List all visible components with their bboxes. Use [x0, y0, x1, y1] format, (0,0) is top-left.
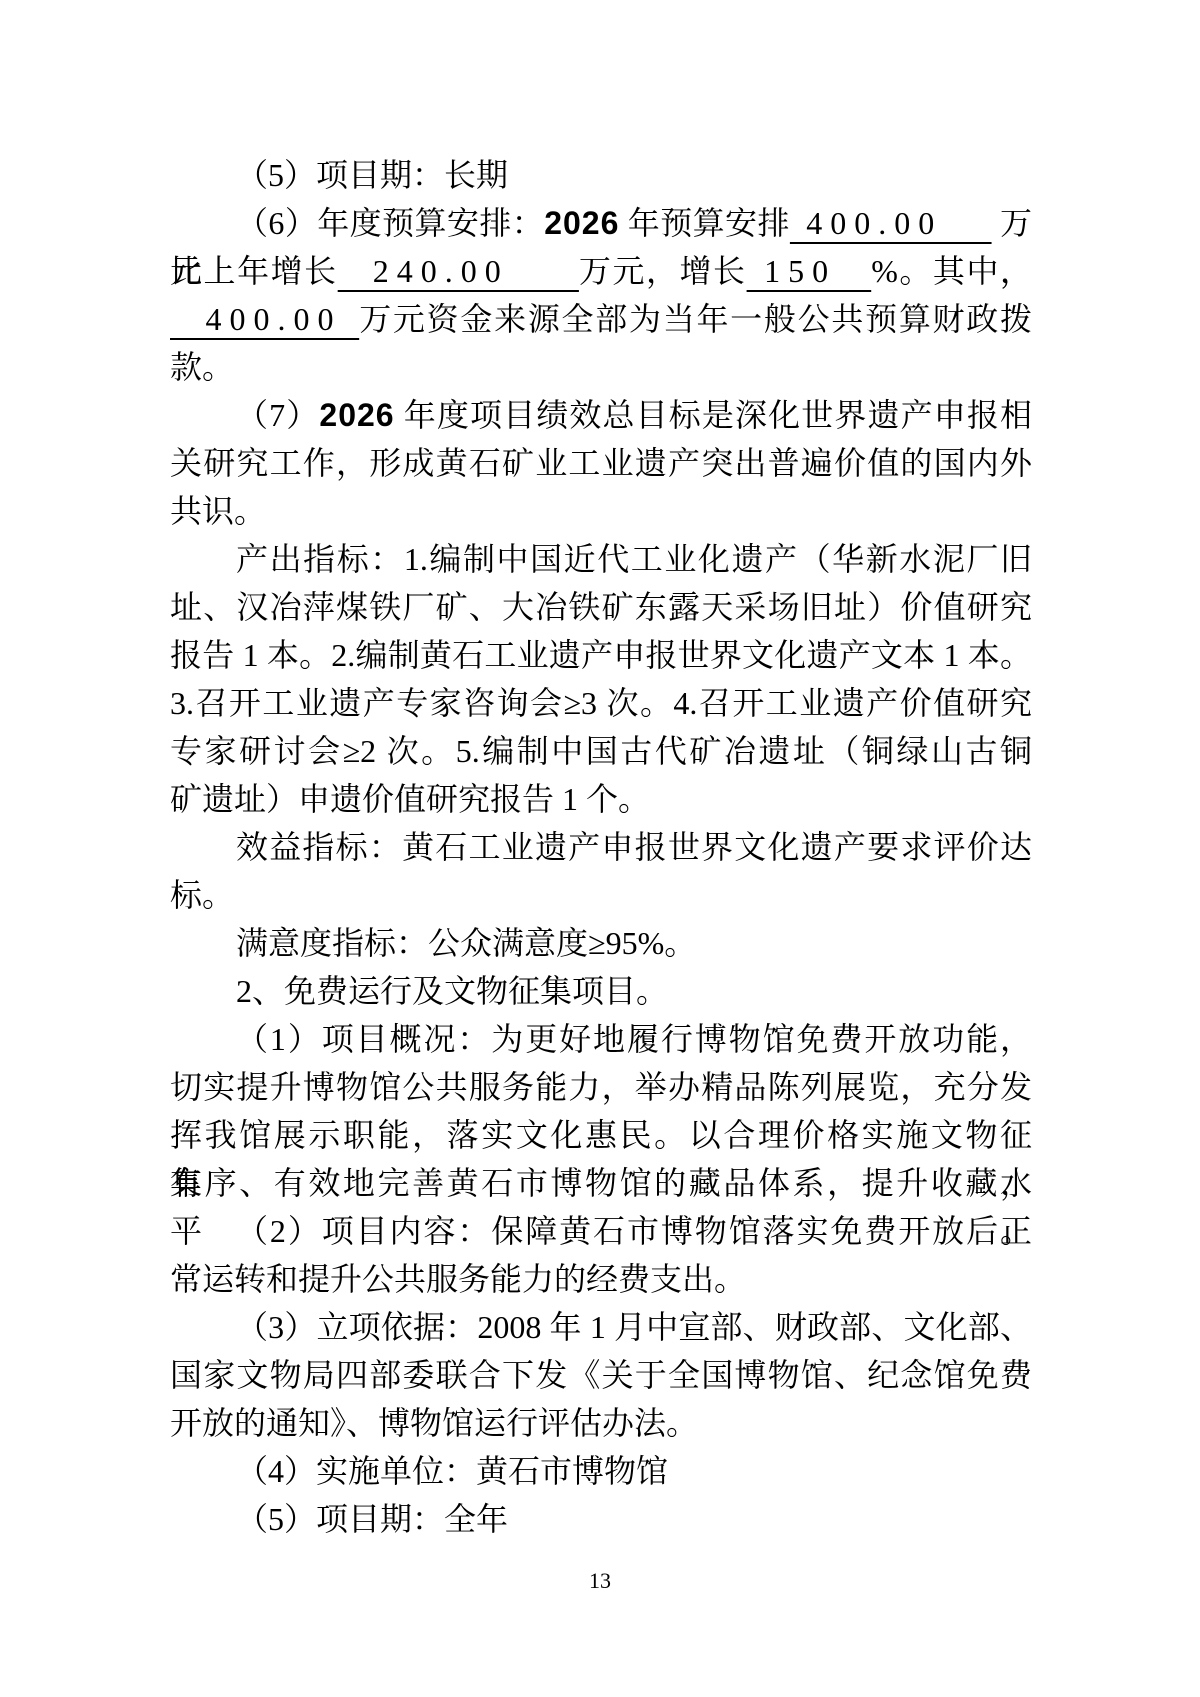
text-segment: 常运转和提升公共服务能力的经费支出。 [170, 1261, 746, 1297]
bold-year: 2026 [544, 205, 619, 241]
text-segment: 满意度指标：公众满意度≥95%。 [236, 925, 696, 961]
text-line: 矿遗址）申遗价值研究报告 1 个。 [170, 775, 1032, 823]
text-segment: 年预算安排 [619, 205, 790, 241]
text-segment: 专家研讨会≥2 次。5.编制中国古代矿冶遗址（铜绿山古铜 [170, 733, 1032, 769]
text-line: 满意度指标：公众满意度≥95%。 [170, 919, 1032, 967]
text-line: 共识。 [170, 487, 1032, 535]
text-line: 款。 [170, 343, 1032, 391]
text-segment: （5）项目期：全年 [236, 1501, 508, 1537]
text-line: 挥我馆展示职能，落实文化惠民。以合理价格实施文物征集， [170, 1111, 1032, 1159]
text-segment: （5）项目期：长期 [236, 157, 508, 193]
bold-year: 2026 [319, 397, 394, 433]
text-segment: （4）实施单位：黄石市博物馆 [236, 1453, 668, 1489]
text-segment: 3.召开工业遗产专家咨询会≥3 次。4.召开工业遗产价值研究 [170, 685, 1032, 721]
text-segment: 2、免费运行及文物征集项目。 [236, 973, 668, 1009]
text-segment: 矿遗址）申遗价值研究报告 1 个。 [170, 781, 650, 817]
text-segment: 万元资金来源全部为当年一般公共预算财政拨 [359, 301, 1032, 337]
text-segment: 开放的通知》、博物馆运行评估办法。 [170, 1405, 698, 1441]
text-line: （3）立项依据：2008 年 1 月中宣部、财政部、文化部、 [170, 1303, 1032, 1351]
text-line: 比上年增长 240.00 万元，增长 150 %。其中， [170, 247, 1032, 295]
text-line: 标。 [170, 871, 1032, 919]
text-line: 开放的通知》、博物馆运行评估办法。 [170, 1399, 1032, 1447]
text-segment: 效益指标：黄石工业遗产申报世界文化遗产要求评价达 [236, 829, 1032, 865]
text-line: 2、免费运行及文物征集项目。 [170, 967, 1032, 1015]
text-line: （1）项目概况：为更好地履行博物馆免费开放功能， [170, 1015, 1032, 1063]
text-segment: 关研究工作，形成黄石矿业工业遗产突出普遍价值的国内外 [170, 445, 1032, 481]
text-line: 国家文物局四部委联合下发《关于全国博物馆、纪念馆免费 [170, 1351, 1032, 1399]
underlined-value: 240.00 [338, 253, 579, 289]
underlined-value: 150 [747, 253, 872, 289]
text-line: 切实提升博物馆公共服务能力，举办精品陈列展览，充分发 [170, 1063, 1032, 1111]
text-segment: 切实提升博物馆公共服务能力，举办精品陈列展览，充分发 [170, 1069, 1032, 1105]
text-line: （6）年度预算安排：2026 年预算安排 400.00 万元， [170, 199, 1032, 247]
text-segment: 款。 [170, 349, 234, 385]
underlined-value: 400.00 [790, 205, 992, 241]
text-segment: 标。 [170, 877, 234, 913]
text-line: （2）项目内容：保障黄石市博物馆落实免费开放后正 [170, 1207, 1032, 1255]
text-segment: 万元，增长 [579, 253, 747, 289]
text-line: 有序、有效地完善黄石市博物馆的藏品体系，提升收藏水平。 [170, 1159, 1032, 1207]
text-line: （5）项目期：全年 [170, 1495, 1032, 1543]
text-segment: （2）项目内容：保障黄石市博物馆落实免费开放后正 [236, 1213, 1032, 1249]
text-segment: 比上年增长 [170, 253, 338, 289]
text-line: 3.召开工业遗产专家咨询会≥3 次。4.召开工业遗产价值研究 [170, 679, 1032, 727]
text-segment: 国家文物局四部委联合下发《关于全国博物馆、纪念馆免费 [170, 1357, 1032, 1393]
page-footer: 13 [0, 1566, 1200, 1596]
page-number: 13 [589, 1568, 611, 1593]
text-line: （5）项目期：长期 [170, 151, 1032, 199]
document-page: （5）项目期：长期（6）年度预算安排：2026 年预算安排 400.00 万元，… [0, 0, 1200, 1697]
text-line: （7）2026 年度项目绩效总目标是深化世界遗产申报相 [170, 391, 1032, 439]
text-line: 专家研讨会≥2 次。5.编制中国古代矿冶遗址（铜绿山古铜 [170, 727, 1032, 775]
text-line: 常运转和提升公共服务能力的经费支出。 [170, 1255, 1032, 1303]
text-line: 址、汉冶萍煤铁厂矿、大冶铁矿东露天采场旧址）价值研究 [170, 583, 1032, 631]
text-segment: （6）年度预算安排： [236, 205, 544, 241]
document-body: （5）项目期：长期（6）年度预算安排：2026 年预算安排 400.00 万元，… [170, 151, 1032, 1543]
text-line: 产出指标：1.编制中国近代工业化遗产（华新水泥厂旧 [170, 535, 1032, 583]
text-segment: 址、汉冶萍煤铁厂矿、大冶铁矿东露天采场旧址）价值研究 [170, 589, 1032, 625]
text-segment: （3）立项依据：2008 年 1 月中宣部、财政部、文化部、 [236, 1309, 1032, 1345]
text-segment: （7） [236, 397, 319, 433]
text-line: （4）实施单位：黄石市博物馆 [170, 1447, 1032, 1495]
text-segment: %。其中， [871, 253, 1032, 289]
text-line: 报告 1 本。2.编制黄石工业遗产申报世界文化遗产文本 1 本。 [170, 631, 1032, 679]
text-line: 400.00 万元资金来源全部为当年一般公共预算财政拨 [170, 295, 1032, 343]
text-segment: 年度项目绩效总目标是深化世界遗产申报相 [395, 397, 1032, 433]
text-segment: （1）项目概况：为更好地履行博物馆免费开放功能， [236, 1021, 1032, 1057]
text-line: 效益指标：黄石工业遗产申报世界文化遗产要求评价达 [170, 823, 1032, 871]
text-segment: 共识。 [170, 493, 266, 529]
text-segment: 产出指标：1.编制中国近代工业化遗产（华新水泥厂旧 [236, 541, 1032, 577]
text-segment: 报告 1 本。2.编制黄石工业遗产申报世界文化遗产文本 1 本。 [170, 637, 1032, 673]
text-line: 关研究工作，形成黄石矿业工业遗产突出普遍价值的国内外 [170, 439, 1032, 487]
underlined-value: 400.00 [170, 301, 359, 337]
